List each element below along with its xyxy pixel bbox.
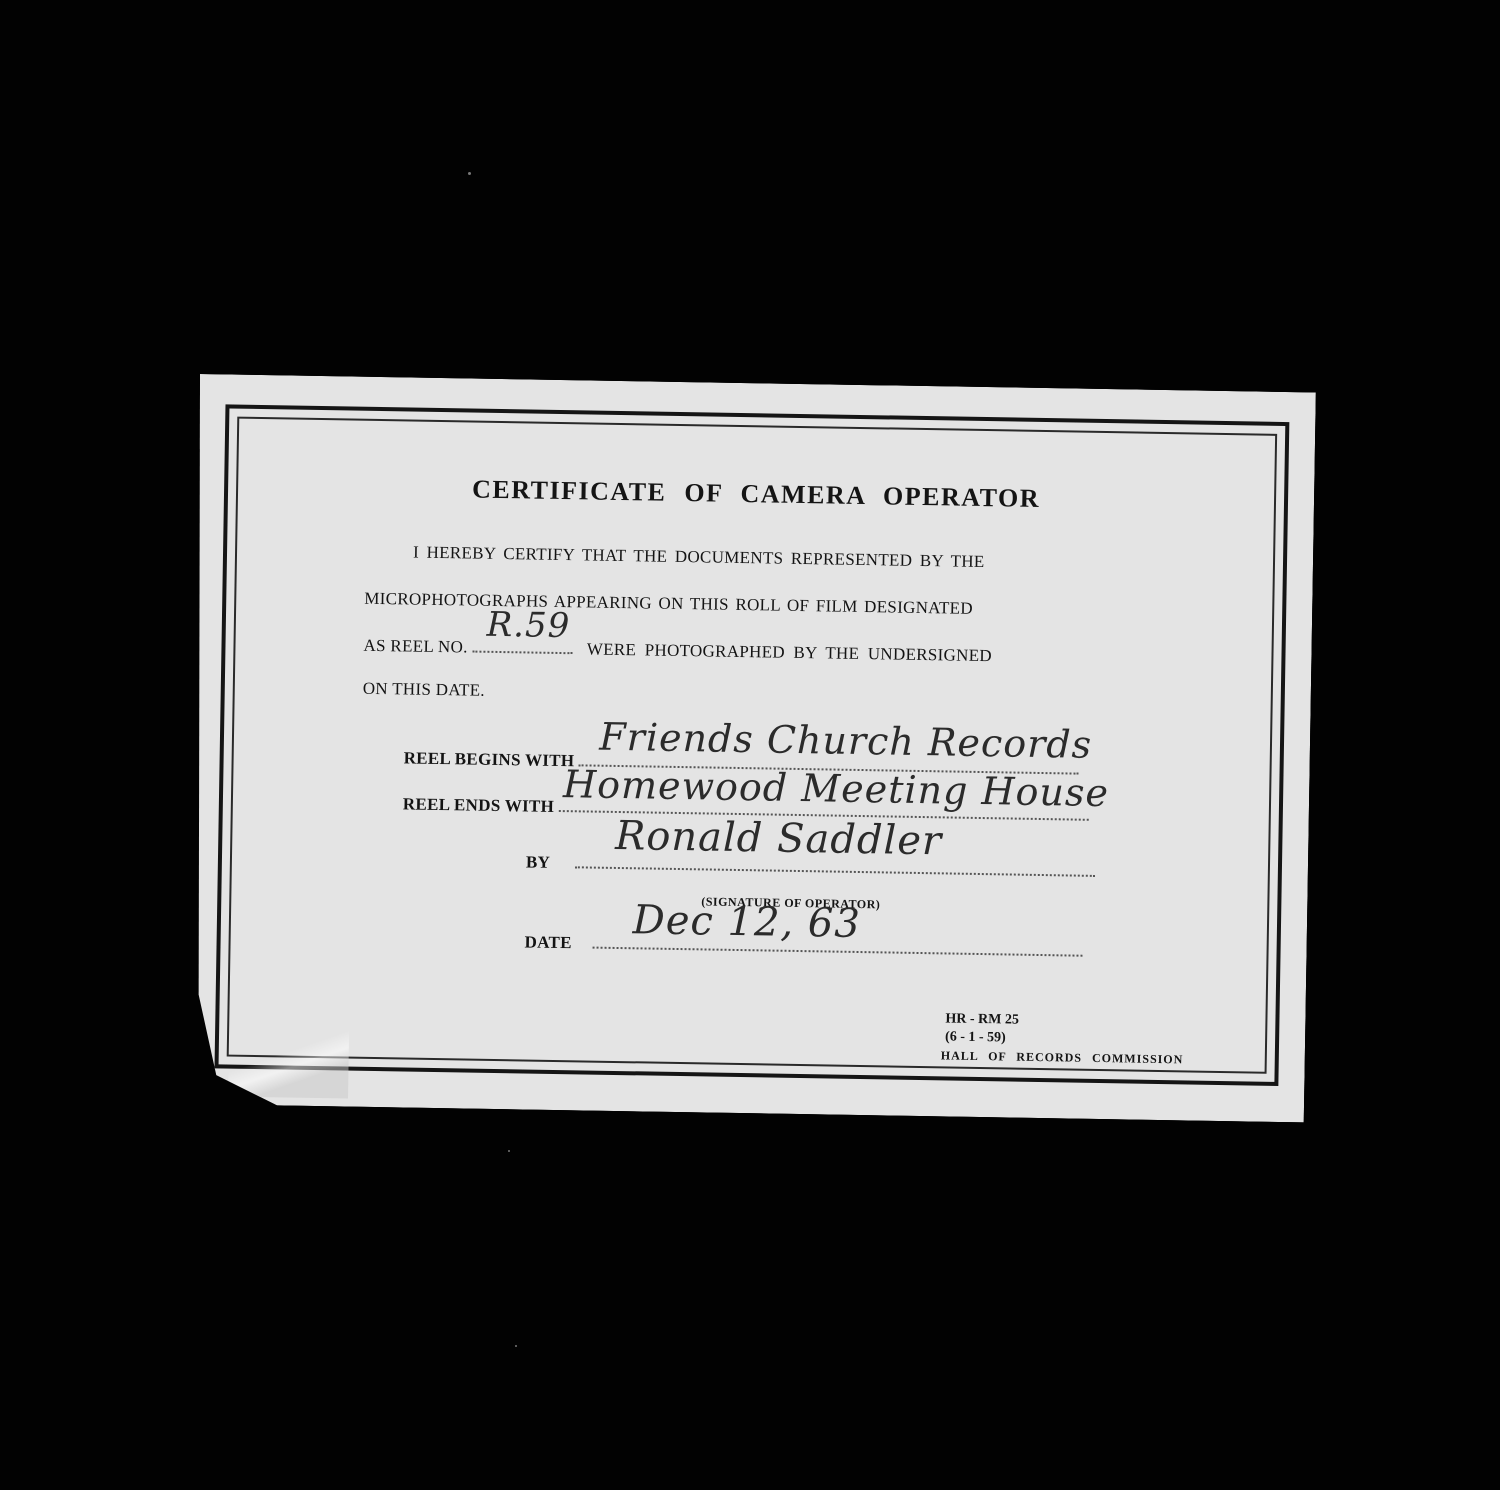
- date-field: Dec 12, 63: [592, 933, 1082, 957]
- operator-signature-field: Ronald Saddler: [575, 852, 1095, 877]
- certificate-title: CERTIFICATE OF CAMERA OPERATOR: [198, 470, 1314, 518]
- form-info: HR - RM 25 (6 - 1 - 59) HALL OF RECORDS …: [941, 1010, 1184, 1068]
- reel-ends-label: REEL ENDS WITH: [403, 794, 555, 816]
- body-line-1: I HEREBY CERTIFY THAT THE DOCUMENTS REPR…: [413, 543, 985, 572]
- reel-begins-label: REEL BEGINS WITH: [404, 748, 575, 770]
- reel-number-line: AS REEL No. R.59 WERE PHOTOGRAPHED BY TH…: [363, 635, 992, 666]
- film-speck: [515, 1345, 517, 1347]
- reel-number-field: R.59: [472, 637, 572, 655]
- date-row: DATE Dec 12, 63: [524, 931, 1082, 961]
- reel-number-value: R.59: [486, 605, 570, 646]
- reel-ends-value: Homewood Meeting House: [563, 762, 1110, 815]
- date-value: Dec 12, 63: [632, 897, 861, 947]
- form-issuer: HALL OF RECORDS COMMISSION: [941, 1046, 1184, 1068]
- operator-label: BY: [526, 852, 551, 871]
- reel-number-suffix: WERE PHOTOGRAPHED BY THE UNDERSIGNED: [587, 639, 992, 665]
- date-label: DATE: [524, 932, 571, 952]
- reel-begins-value: Friends Church Records: [599, 715, 1092, 767]
- operator-signature-value: Ronald Saddler: [615, 813, 943, 864]
- operator-row: BY Ronald Saddler: [526, 851, 1095, 881]
- film-speck: [508, 1150, 510, 1152]
- reel-number-label: AS REEL No.: [363, 636, 468, 657]
- body-line-2: MICROPHOTOGRAPHS APPEARING ON THIS ROLL …: [364, 589, 973, 619]
- certificate-card: CERTIFICATE OF CAMERA OPERATOR I HEREBY …: [188, 374, 1316, 1122]
- certificate-content: CERTIFICATE OF CAMERA OPERATOR I HEREBY …: [188, 374, 1316, 1122]
- on-this-date: ON THIS DATE.: [363, 679, 485, 701]
- film-speck: [468, 172, 471, 175]
